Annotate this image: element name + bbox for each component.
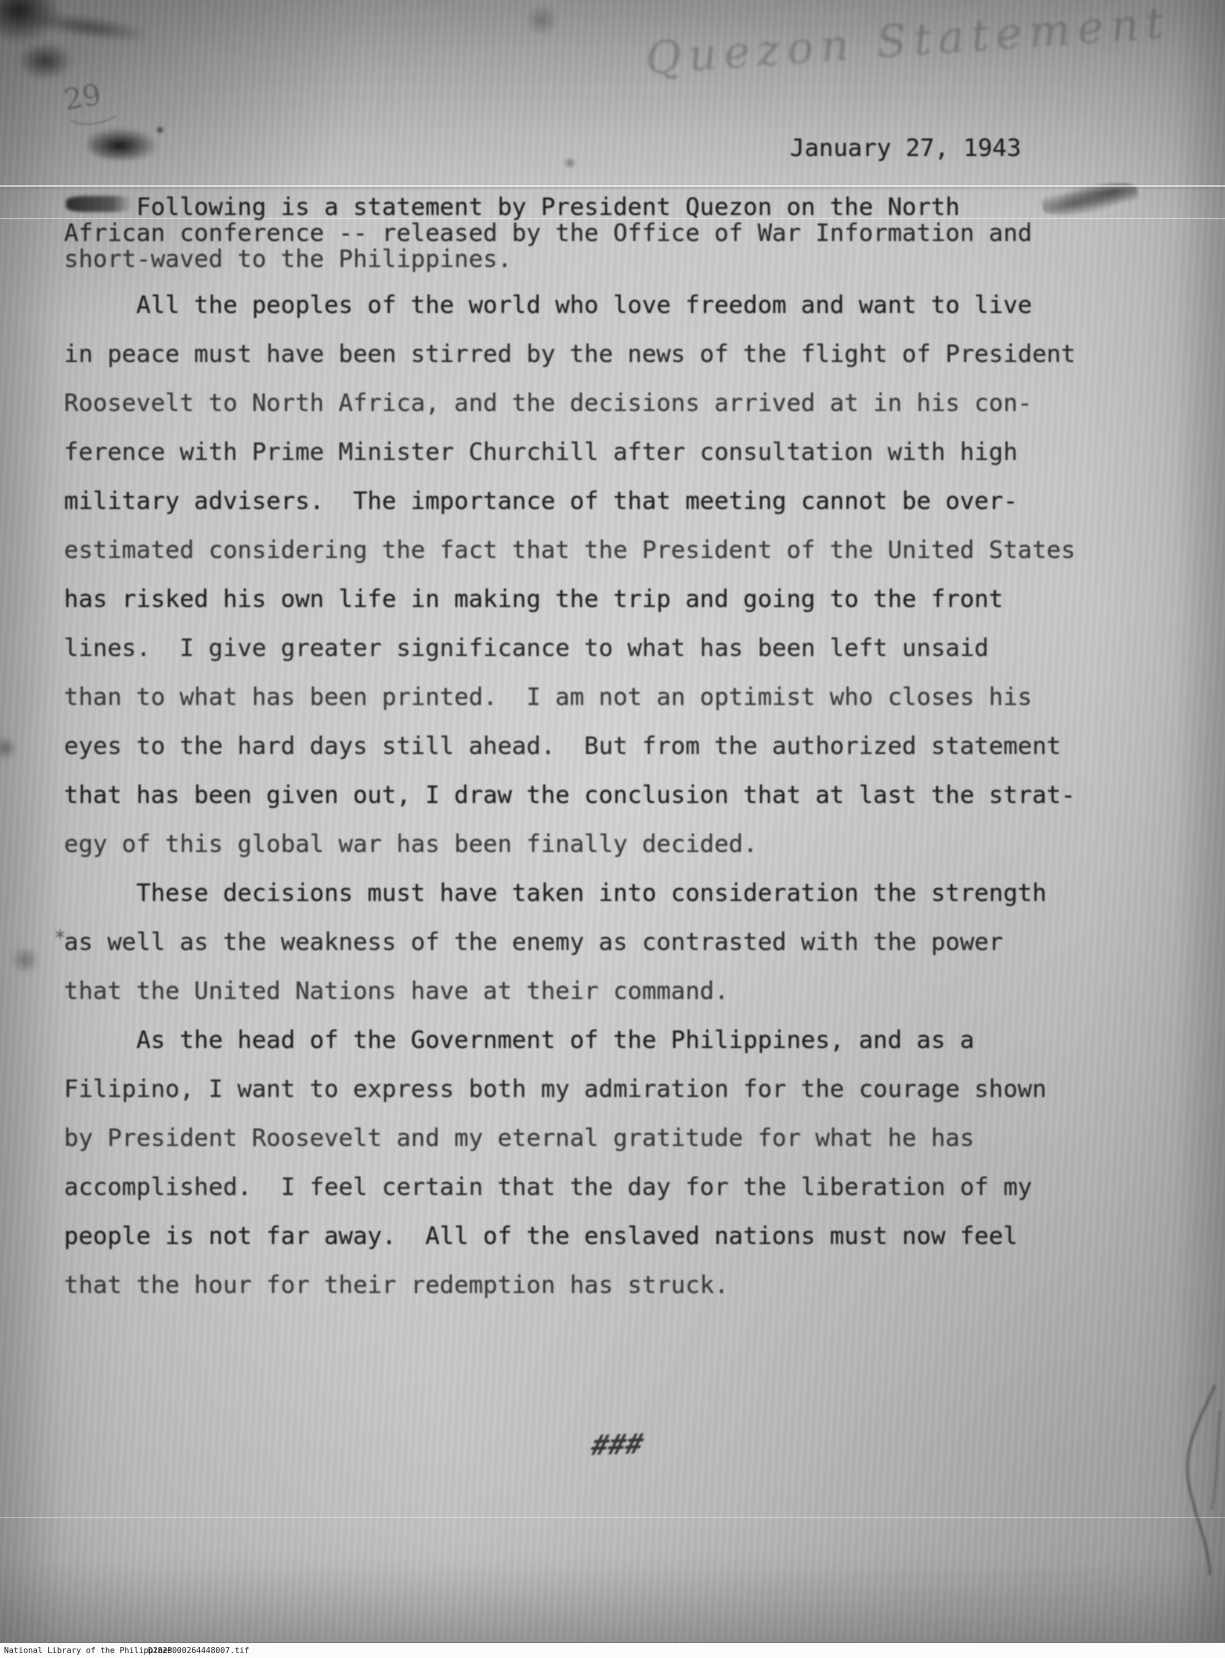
handwritten-title-annotation: Quezon Statement [644, 2, 1106, 85]
typed-line: ference with Prime Minister Churchill af… [64, 428, 1075, 477]
scanned-document-page: Quezon Statement 29 January 27, 1943 Fol… [0, 0, 1225, 1658]
paragraph-1: All the peoples of the world who love fr… [64, 281, 1075, 869]
typed-line: lines. I give greater significance to wh… [64, 624, 1075, 673]
typed-line: Following is a statement by President Qu… [64, 194, 1032, 220]
fold-crease-line [0, 1517, 1225, 1518]
typed-line: has risked his own life in making the tr… [64, 575, 1075, 624]
typed-line: These decisions must have taken into con… [64, 869, 1075, 918]
ink-blot [16, 42, 74, 80]
corner-crease-marks [1120, 1380, 1225, 1580]
statement-body: All the peoples of the world who love fr… [64, 281, 1075, 1310]
ink-blot [88, 128, 158, 160]
pencil-mark [525, 4, 559, 36]
ink-streak [27, 8, 149, 46]
typed-line: that the hour for their redemption has s… [64, 1261, 1075, 1310]
fold-crease-line [0, 185, 1225, 187]
typed-line: as well as the weakness of the enemy as … [64, 918, 1075, 967]
paragraph-3: As the head of the Government of the Phi… [64, 1016, 1075, 1310]
typed-line: than to what has been printed. I am not … [64, 673, 1075, 722]
handwritten-page-number: 29 [61, 77, 103, 117]
pencil-scribble [1041, 179, 1140, 218]
typed-line: short-waved to the Philippines. [64, 246, 1032, 272]
typed-line: Roosevelt to North Africa, and the decis… [64, 379, 1075, 428]
scan-footer-bar: National Library of the Philippines D282… [0, 1642, 1225, 1658]
intro-paragraph: Following is a statement by President Qu… [64, 194, 1032, 272]
typed-line: people is not far away. All of the ensla… [64, 1212, 1075, 1261]
typed-line: Filipino, I want to express both my admi… [64, 1065, 1075, 1114]
margin-asterisk: * [54, 926, 66, 950]
typed-line: egy of this global war has been finally … [64, 820, 1075, 869]
typed-line: accomplished. I feel certain that the da… [64, 1163, 1075, 1212]
typed-line: estimated considering the fact that the … [64, 526, 1075, 575]
typed-line: eyes to the hard days still ahead. But f… [64, 722, 1075, 771]
typed-line: As the head of the Government of the Phi… [64, 1016, 1075, 1065]
edge-smudge [8, 948, 42, 972]
ink-blot [0, 0, 62, 44]
edge-smudge [0, 735, 16, 761]
typed-line: by President Roosevelt and my eternal gr… [64, 1114, 1075, 1163]
typed-line: military advisers. The importance of tha… [64, 477, 1075, 526]
end-marker: ### [588, 1427, 646, 1462]
typed-line: that the United Nations have at their co… [64, 967, 1075, 1016]
typed-line: that has been given out, I draw the conc… [64, 771, 1075, 820]
typed-line: in peace must have been stirred by the n… [64, 330, 1075, 379]
footer-filename: D282P000264448007.tif [148, 1643, 249, 1658]
typed-line: All the peoples of the world who love fr… [64, 281, 1075, 330]
date-line: January 27, 1943 [790, 134, 1021, 162]
pencil-underline-swoosh [68, 112, 120, 130]
typed-line: African conference -- released by the Of… [64, 220, 1032, 246]
pencil-dot [562, 158, 578, 168]
paragraph-2: These decisions must have taken into con… [64, 869, 1075, 1016]
ink-dot [155, 126, 165, 134]
